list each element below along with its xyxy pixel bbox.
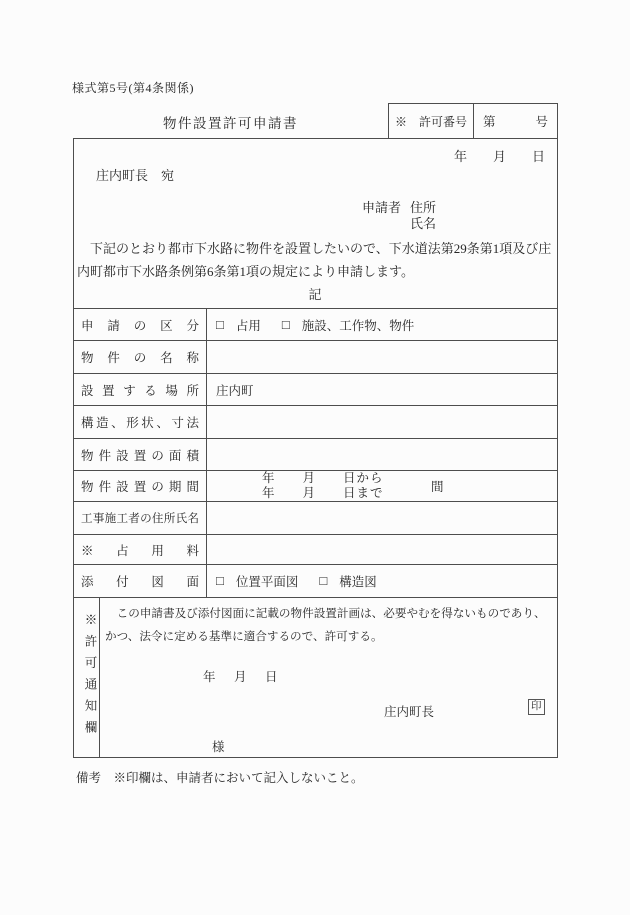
applicant-name-field[interactable]: 氏名 (410, 216, 436, 232)
mayor-name: 庄内町長 (384, 702, 434, 720)
label-occupancy-fee: ※占用料 (74, 535, 207, 564)
addressee: 庄内町長 宛 (96, 165, 174, 184)
field-installation-area[interactable] (207, 439, 557, 470)
checkbox-site-plan[interactable]: □ (216, 573, 224, 589)
remarks-note: 備考 ※印欄は、申請者において記入しないこと。 (76, 768, 364, 786)
table-row: 物件の名称 (74, 340, 557, 373)
table-row: 添付図面 □ 位置平面図 □ 構造図 (74, 564, 557, 597)
period-to: 年 月 日まで (262, 486, 384, 501)
table-row: 物件設置の期間 年 月 日から 年 月 日まで 間 (74, 470, 557, 501)
permit-notice-date-field[interactable]: 年 月 日 (203, 667, 281, 685)
seal-mark-icon: 印 (528, 699, 545, 715)
applicant-block: 申請者 住所 氏名 (362, 200, 436, 231)
permit-notice-area: この申請書及び添付図面に記載の物件設置計画は、必要やむを得ないものであり、かつ、… (100, 598, 557, 757)
label-attached-drawings: 添付図面 (74, 565, 207, 597)
field-installation-place[interactable]: 庄内町 (207, 374, 557, 405)
application-table: 申請の区分 □ 占用 □ 施設、工作物、物件 物件の名称 設置する場所 庄内町 … (74, 308, 557, 757)
checkbox-facility[interactable]: □ (282, 317, 290, 333)
permit-number-prefix: 第 (483, 112, 496, 130)
table-row: ※占用料 (74, 534, 557, 564)
field-application-category: □ 占用 □ 施設、工作物、物件 (207, 309, 557, 340)
period-from: 年 月 日から (262, 471, 384, 486)
checkbox-structure-drawing[interactable]: □ (319, 573, 327, 589)
label-installation-place: 設置する場所 (74, 374, 207, 405)
checkbox-occupancy[interactable]: □ (216, 317, 224, 333)
table-row: 物件設置の面積 (74, 438, 557, 470)
field-occupancy-fee[interactable] (207, 535, 557, 564)
period-duration-suffix: 間 (431, 477, 444, 495)
table-row: 設置する場所 庄内町 (74, 373, 557, 405)
option-occupancy-label: 占用 (236, 316, 261, 334)
permit-notice-text: この申請書及び添付図面に記載の物件設置計画は、必要やむを得ないものであり、かつ、… (105, 602, 552, 648)
application-date-field[interactable]: 年 月 日 (454, 146, 545, 165)
field-contractor[interactable] (207, 502, 557, 534)
option-facility-label: 施設、工作物、物件 (302, 316, 415, 334)
table-row: 工事施工者の住所氏名 (74, 501, 557, 534)
application-form-box: 年 月 日 庄内町長 宛 申請者 住所 氏名 下記のとおり都市下水路に物件を設置… (73, 138, 558, 758)
field-structure-shape[interactable] (207, 406, 557, 438)
label-contractor: 工事施工者の住所氏名 (74, 502, 207, 534)
option-site-plan-label: 位置平面図 (236, 572, 299, 590)
permit-notice-row: ※許可通知欄 この申請書及び添付図面に記載の物件設置計画は、必要やむを得ないもの… (74, 597, 557, 757)
permit-notice-label: ※許可通知欄 (74, 598, 100, 757)
applicant-address-field[interactable]: 住所 (410, 200, 436, 216)
notice-addressee-suffix: 様 (212, 737, 225, 755)
table-row: 申請の区分 □ 占用 □ 施設、工作物、物件 (74, 308, 557, 340)
field-installation-period[interactable]: 年 月 日から 年 月 日まで 間 (207, 471, 557, 501)
permit-number-box: ※ 許可番号 第 号 (388, 103, 558, 138)
label-application-category: 申請の区分 (74, 309, 207, 340)
label-installation-area: 物件設置の面積 (74, 439, 207, 470)
form-number: 様式第5号(第4条関係) (72, 79, 194, 96)
label-installation-period: 物件設置の期間 (74, 471, 207, 501)
permit-number-label: ※ 許可番号 (389, 104, 474, 138)
option-structure-drawing-label: 構造図 (339, 572, 377, 590)
body-paragraph: 下記のとおり都市下水路に物件を設置したいので、下水道法第29条第1項及び庄内町都… (77, 238, 555, 283)
record-heading: 記 (74, 284, 557, 303)
field-attached-drawings: □ 位置平面図 □ 構造図 (207, 565, 557, 597)
table-row: 構造、形状、寸法 (74, 405, 557, 438)
page-title: 物件設置許可申請書 (73, 112, 388, 132)
applicant-label: 申請者 (362, 200, 401, 231)
permit-number-field[interactable]: 第 号 (474, 104, 557, 138)
field-property-name[interactable] (207, 341, 557, 373)
label-structure-shape: 構造、形状、寸法 (74, 406, 207, 438)
permit-number-suffix: 号 (535, 112, 548, 130)
label-property-name: 物件の名称 (74, 341, 207, 373)
